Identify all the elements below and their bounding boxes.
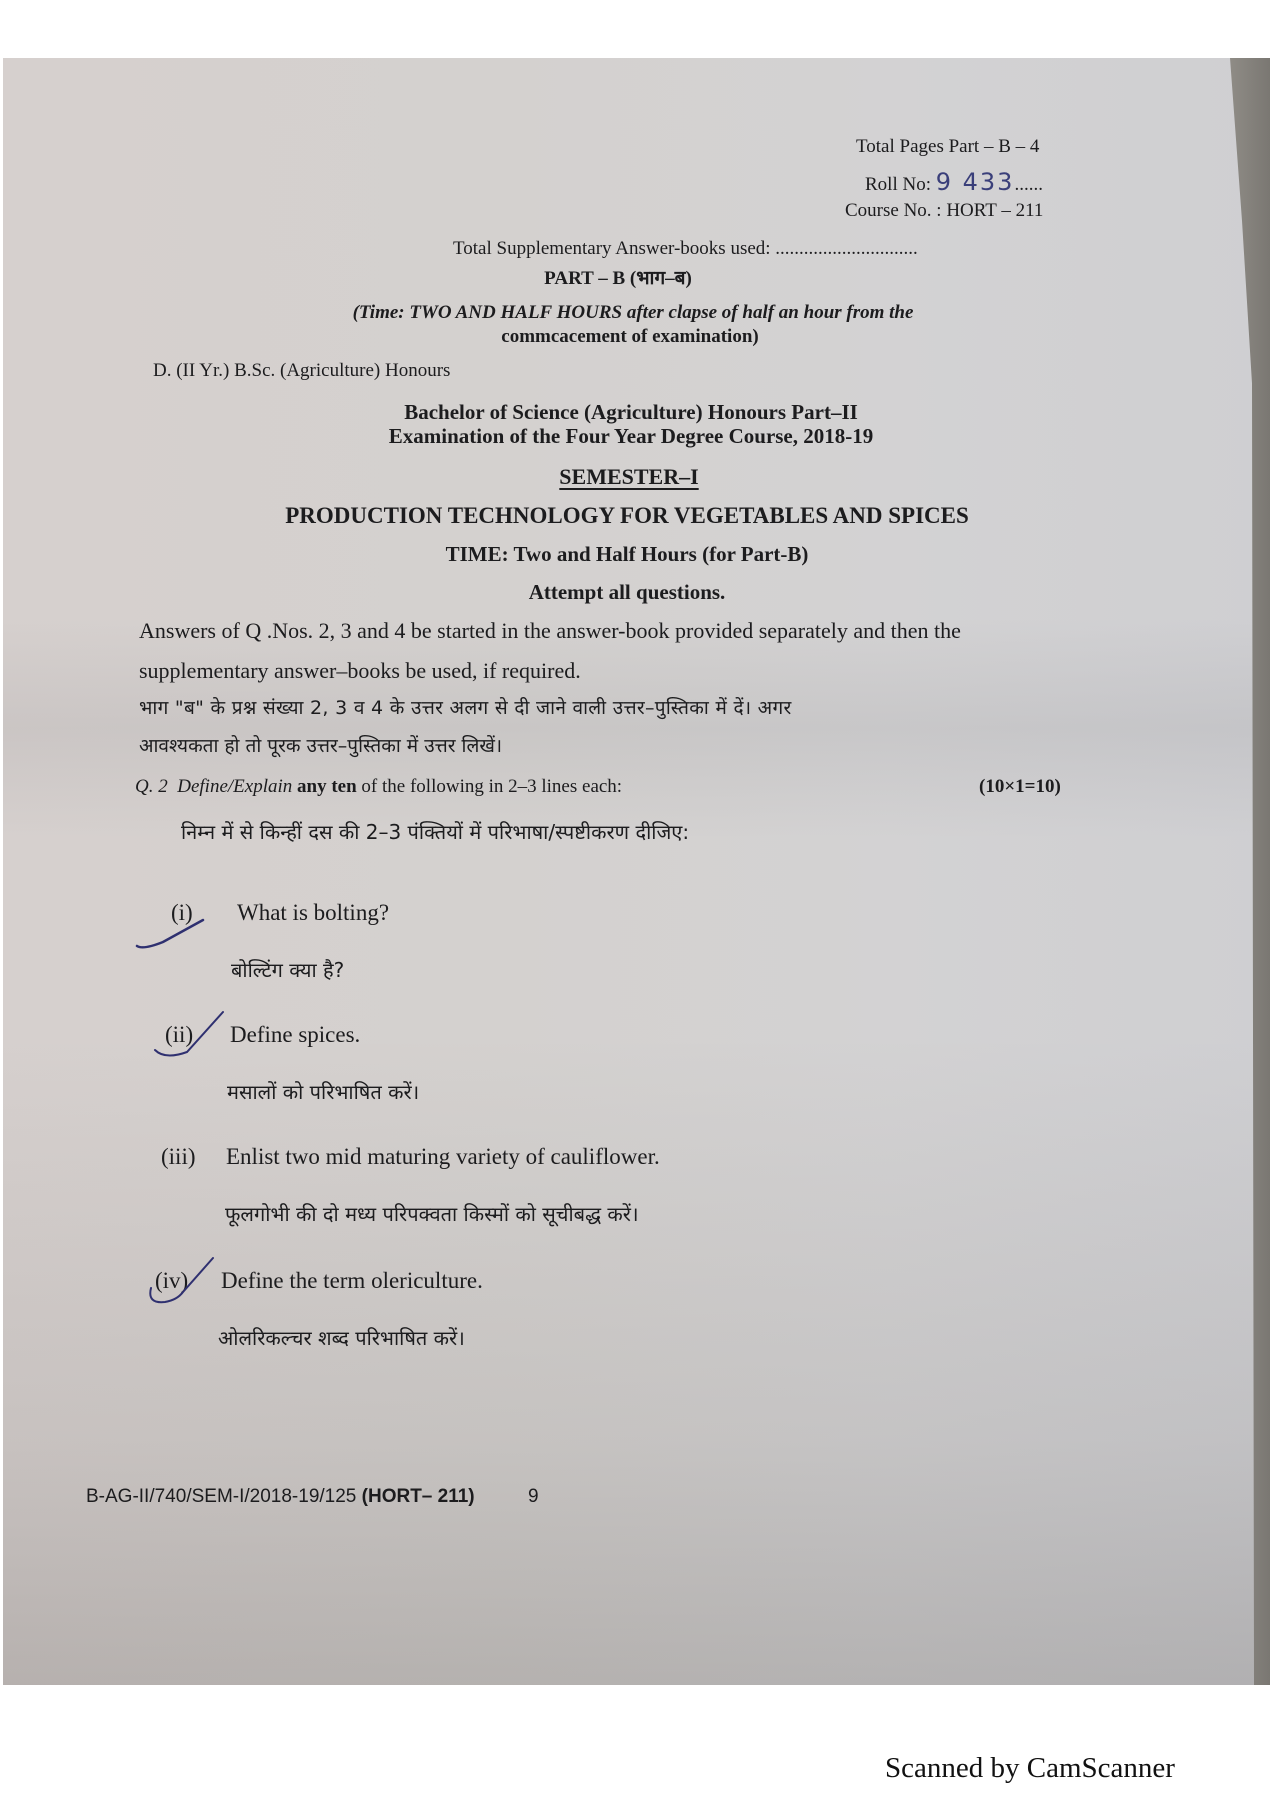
- time-line: TIME: Two and Half Hours (for Part-B): [446, 542, 809, 567]
- semester-heading: SEMESTER–I: [559, 464, 698, 490]
- item-iii-number: (iii): [161, 1144, 196, 1170]
- subject-title: PRODUCTION TECHNOLOGY FOR VEGETABLES AND…: [285, 503, 969, 529]
- question2-prompt: Q. 2 Define/Explain any ten of the follo…: [135, 776, 622, 798]
- page-number: 9: [528, 1486, 539, 1508]
- time-note-line2: commcacement of examination): [501, 326, 758, 348]
- scanned-page-photo: Total Pages Part – B – 4 Roll No: 9 433.…: [3, 58, 1270, 1685]
- title-line2: Examination of the Four Year Degree Cour…: [389, 424, 874, 449]
- course-no: Course No. : HORT – 211: [845, 200, 1043, 222]
- question2-marks: (10×1=10): [979, 776, 1061, 798]
- pen-tick-circle-icon: [151, 1006, 241, 1066]
- roll-no-label: Roll No:: [865, 174, 936, 195]
- item-ii-hindi: मसालों को परिभाषित करें।: [227, 1078, 419, 1105]
- supplementary-books: Total Supplementary Answer-books used: .…: [453, 238, 918, 260]
- item-iv-question: Define the term olericulture.: [221, 1268, 483, 1294]
- roll-no-dots: ......: [1014, 174, 1043, 195]
- instruction-en-line2: supplementary answer–books be used, if r…: [139, 658, 581, 684]
- title-line1: Bachelor of Science (Agriculture) Honour…: [404, 400, 858, 425]
- instruction-hi-line2: आवश्यकता हो तो पूरक उत्तर–पुस्तिका में उ…: [139, 732, 502, 758]
- camscanner-watermark: Scanned by CamScanner: [885, 1752, 1175, 1785]
- part-label: PART – B (भाग–ब): [544, 264, 692, 290]
- pen-tick-mark-icon: [133, 908, 213, 958]
- question2-prompt-hindi: निम्न में से किन्हीं दस की 2–3 पंक्तियों…: [181, 818, 689, 845]
- roll-no: Roll No: 9 433......: [865, 168, 1043, 196]
- item-iv-hindi: ओलरिकल्चर शब्द परिभाषित करें।: [218, 1324, 465, 1351]
- item-iii-hindi: फूलगोभी की दो मध्य परिपक्वता किस्मों को …: [225, 1200, 639, 1227]
- time-note-line1: (Time: TWO AND HALF HOURS after clapse o…: [353, 302, 914, 324]
- roll-no-value: 9 433: [936, 168, 1015, 196]
- paper-edge: [1230, 58, 1270, 1685]
- instruction-en-line1: Answers of Q .Nos. 2, 3 and 4 be started…: [139, 618, 961, 644]
- attempt-all: Attempt all questions.: [529, 580, 726, 605]
- paper-code: B-AG-II/740/SEM-I/2018-19/125 (HORT– 211…: [86, 1486, 475, 1508]
- pen-tick-circle-icon: [143, 1252, 233, 1312]
- item-i-hindi: बोल्टिंग क्या है?: [231, 956, 344, 983]
- item-ii-question: Define spices.: [230, 1022, 360, 1048]
- total-pages: Total Pages Part – B – 4: [856, 136, 1039, 158]
- instruction-hi-line1: भाग "ब" के प्रश्न संख्या 2, 3 व 4 के उत्…: [139, 694, 792, 720]
- item-iii-question: Enlist two mid maturing variety of cauli…: [226, 1144, 660, 1170]
- program-name: D. (II Yr.) B.Sc. (Agriculture) Honours: [153, 360, 450, 382]
- question-number: Q. 2: [135, 776, 168, 797]
- lighting-shadow: [3, 618, 1270, 838]
- item-i-question: What is bolting?: [237, 900, 389, 926]
